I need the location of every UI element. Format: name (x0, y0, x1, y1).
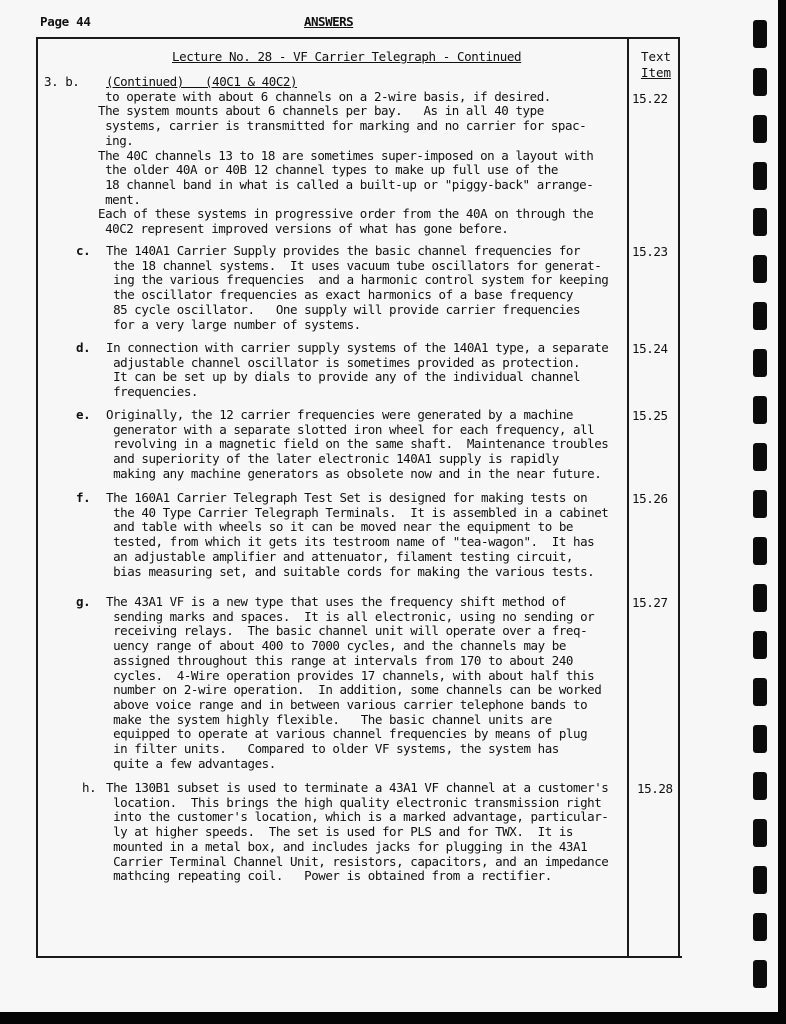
text-line: revolving in a magnetic field on the sam… (106, 437, 629, 452)
scan-edge-right (778, 0, 786, 1024)
section-heading: ANSWERS (304, 14, 353, 29)
text-line: assigned throughout this range at interv… (106, 654, 629, 669)
text-item-ref: 15.28 (637, 781, 673, 796)
text-line: tested, from which it gets its testroom … (106, 535, 629, 550)
text-line: The 160A1 Carrier Telegraph Test Set is … (106, 491, 629, 506)
text-line: the 18 channel systems. It uses vacuum t… (106, 259, 629, 274)
text-line: 85 cycle oscillator. One supply will pro… (106, 303, 629, 318)
text-line: and table with wheels so it can be moved… (106, 520, 629, 535)
binder-punch-mark (753, 866, 767, 894)
text-line: sending marks and spaces. It is all elec… (106, 610, 629, 625)
text-line: bias measuring set, and suitable cords f… (106, 565, 629, 580)
binder-punch-mark (753, 678, 767, 706)
text-item-ref: 15.27 (632, 595, 668, 610)
text-line: the 40 Type Carrier Telegraph Terminals.… (106, 506, 629, 521)
binder-punch-mark (753, 349, 767, 377)
binder-punch-mark (753, 631, 767, 659)
text-line: generator with a separate slotted iron w… (106, 423, 629, 438)
text-line: an adjustable amplifier and attenuator, … (106, 550, 629, 565)
text-line: ly at higher speeds. The set is used for… (106, 825, 629, 840)
text-line: mounted in a metal box, and includes jac… (106, 840, 629, 855)
text-line: frequencies. (106, 385, 629, 400)
text-line: equipped to operate at various channel f… (106, 727, 629, 742)
section-label: 3. b. (44, 75, 79, 90)
section-f: f. The 160A1 Carrier Telegraph Test Set … (44, 491, 629, 579)
text-line: uency range of about 400 to 7000 cycles,… (106, 639, 629, 654)
section-label: e. (76, 408, 90, 423)
text-line: for a very large number of systems. (106, 318, 629, 333)
binder-punch-mark (753, 537, 767, 565)
text-line: receiving relays. The basic channel unit… (106, 624, 629, 639)
section-b: 3. b. (Continued) (40C1 & 40C2) to opera… (44, 75, 629, 237)
binder-punch-mark (753, 725, 767, 753)
text-line: It can be set up by dials to provide any… (106, 370, 629, 385)
bottom-rule (36, 956, 682, 958)
binder-punch-mark (753, 68, 767, 96)
text-line: above voice range and in between various… (106, 698, 629, 713)
page-number: Page 44 (40, 14, 91, 29)
text-line: in filter units. Compared to older VF sy… (106, 742, 629, 757)
text-line: quite a few advantages. (106, 757, 629, 772)
binder-punch-mark (753, 302, 767, 330)
text-line: Each of these systems in progressive ord… (98, 207, 629, 222)
text-line: the oscillator frequencies as exact harm… (106, 288, 629, 303)
binder-punch-mark (753, 396, 767, 424)
text-line: Originally, the 12 carrier frequencies w… (106, 408, 629, 423)
binder-punch-mark (753, 960, 767, 988)
text-item-ref: 15.25 (632, 408, 668, 423)
text-line: The 140A1 Carrier Supply provides the ba… (106, 244, 629, 259)
text-line: number on 2-wire operation. In addition,… (106, 683, 629, 698)
section-d: d. In connection with carrier supply sys… (44, 341, 629, 400)
column-header-line2: Item (636, 65, 676, 81)
section-e: e. Originally, the 12 carrier frequencie… (44, 408, 629, 482)
text-line: In connection with carrier supply system… (106, 341, 629, 356)
text-line: making any machine generators as obsolet… (106, 467, 629, 482)
section-label: d. (76, 341, 90, 356)
text-item-ref: 15.24 (632, 341, 668, 356)
text-line: into the customer's location, which is a… (106, 810, 629, 825)
section-c: c. The 140A1 Carrier Supply provides the… (44, 244, 629, 332)
section-heading: (Continued) (40C1 & 40C2) (106, 75, 629, 90)
binder-punch-mark (753, 819, 767, 847)
text-line: systems, carrier is transmitted for mark… (98, 119, 629, 134)
section-label: h. (82, 781, 96, 796)
binder-punch-mark (753, 772, 767, 800)
text-line: to operate with about 6 channels on a 2-… (98, 90, 629, 105)
text-line: ment. (98, 193, 629, 208)
binder-punch-mark (753, 162, 767, 190)
text-line: the older 40A or 40B 12 channel types to… (98, 163, 629, 178)
text-line: Carrier Terminal Channel Unit, resistors… (106, 855, 629, 870)
binder-punch-mark (753, 208, 767, 236)
section-label: f. (76, 491, 90, 506)
scan-edge-bottom (0, 1012, 786, 1024)
text-line: cycles. 4-Wire operation provides 17 cha… (106, 669, 629, 684)
text-item-column-header: Text Item (636, 49, 676, 81)
text-line: ing the various frequencies and a harmon… (106, 273, 629, 288)
binder-punch-mark (753, 913, 767, 941)
text-item-ref: 15.22 (632, 91, 668, 106)
text-line: The 40C channels 13 to 18 are sometimes … (98, 149, 629, 164)
text-line: adjustable channel oscillator is sometim… (106, 356, 629, 371)
binder-punch-mark (753, 115, 767, 143)
section-h: h. The 130B1 subset is used to terminate… (44, 781, 629, 884)
text-item-ref: 15.23 (632, 244, 668, 259)
section-g: g. The 43A1 VF is a new type that uses t… (44, 595, 629, 771)
text-line: 18 channel band in what is called a buil… (98, 178, 629, 193)
text-line: 40C2 represent improved versions of what… (98, 222, 629, 237)
text-line: make the system highly flexible. The bas… (106, 713, 629, 728)
lecture-title: Lecture No. 28 - VF Carrier Telegraph - … (172, 49, 521, 64)
binder-punch-mark (753, 443, 767, 471)
column-header-line1: Text (636, 49, 676, 65)
text-item-ref: 15.26 (632, 491, 668, 506)
text-line: location. This brings the high quality e… (106, 796, 629, 811)
text-line: ing. (98, 134, 629, 149)
text-line: and superiority of the later electronic … (106, 452, 629, 467)
section-label: c. (76, 244, 90, 259)
text-line: The 43A1 VF is a new type that uses the … (106, 595, 629, 610)
text-line: The system mounts about 6 channels per b… (98, 104, 629, 119)
binder-punch-mark (753, 584, 767, 612)
text-line: The 130B1 subset is used to terminate a … (106, 781, 629, 796)
binder-punch-mark (753, 20, 767, 48)
section-label: g. (76, 595, 90, 610)
binder-punch-mark (753, 255, 767, 283)
binder-punch-mark (753, 490, 767, 518)
text-line: mathcing repeating coil. Power is obtain… (106, 869, 629, 884)
